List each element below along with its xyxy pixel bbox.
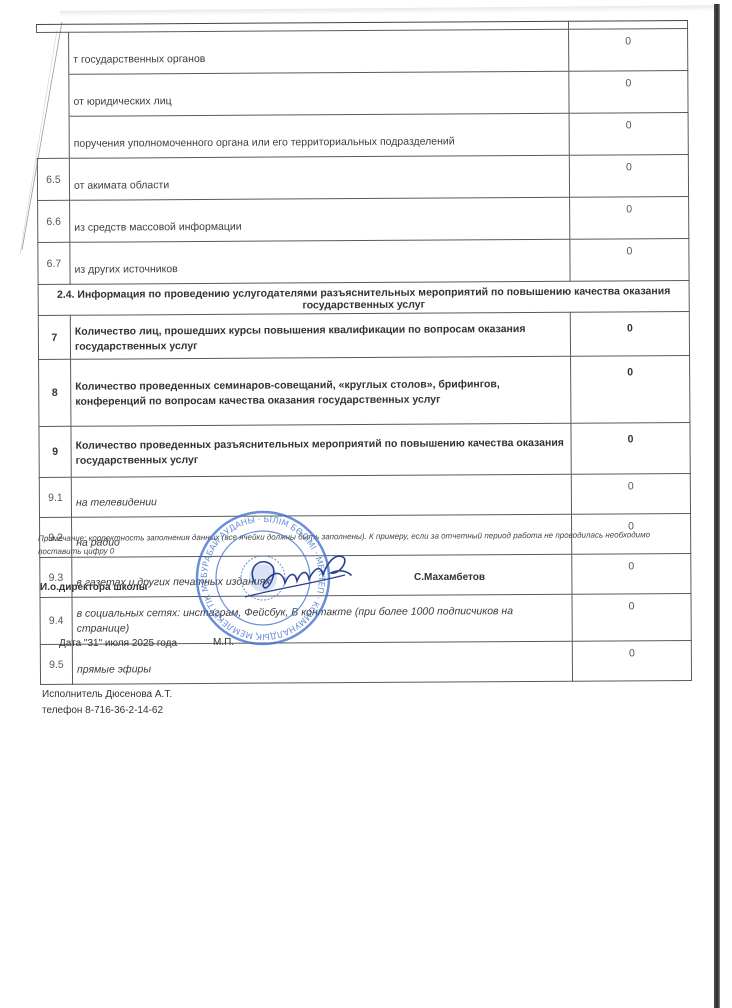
row-value: 0 [570,239,689,282]
row-value: 0 [571,356,690,424]
row-number: 8 [39,359,71,426]
row-description: от акимата области [69,155,569,200]
row-description: поручения уполномоченного органа или его… [69,113,569,158]
scanner-edge-strip [714,4,720,1008]
table-row: 6.7из других источников0 [38,239,689,285]
row-description: Количество лиц, прошедших курсы повышени… [70,312,570,359]
executor-phone: телефон 8-716-36-2-14-62 [42,703,172,719]
table-row: 8Количество проведенных семинаров-совеща… [39,356,690,427]
row-value: 0 [569,29,688,72]
table-row: 9.1на телевидении0 [39,474,690,518]
section-header-row: 2.4. Информация по проведению услугодате… [38,281,689,316]
row-number: 9.5 [40,644,72,684]
row-number: 6.7 [38,242,70,284]
row-number: 6.6 [38,200,70,242]
row-value: 0 [570,312,689,357]
row-value: 0 [572,641,691,682]
signer-title: И.о.директора школы [40,582,147,593]
row-value: 0 [572,594,691,642]
table-row: 6.6из средств массовой информации0 [38,197,689,243]
row-value: 0 [569,155,688,198]
signer-name: С.Махамбетов [414,572,485,583]
row-number: 6.5 [37,158,69,200]
table-row: 7Количество лиц, прошедших курсы повышен… [38,312,689,360]
row-value: 0 [571,423,690,475]
row-number [37,32,69,74]
date-line: Дата "31" июля 2025 года [59,638,177,649]
row-description: Количество проведенных семинаров-совещан… [71,356,571,426]
row-value: 0 [570,197,689,240]
row-description: от юридических лиц [69,71,569,116]
row-value: 0 [572,554,691,595]
row-description: т государственных органов [69,29,569,74]
row-description: Количество проведенных разъяснительных м… [71,423,571,477]
table-row: т государственных органов0 [37,29,688,75]
executor-name: Исполнитель Дюсенова А.Т. [42,687,172,703]
row-number: 9.1 [39,477,71,517]
row-number: 9 [39,426,71,477]
scan-shadow [60,5,720,17]
section-title: 2.4. Информация по проведению услугодате… [38,281,689,316]
table-row: 6.5от акимата области0 [37,155,688,201]
table-row: 9.4в социальных сетях: инстаграм, Фейсбу… [40,594,691,645]
table-row: поручения уполномоченного органа или его… [37,113,688,159]
row-value: 0 [569,71,688,114]
row-value: 0 [571,474,690,515]
table-row: 9Количество проведенных разъяснительных … [39,423,690,478]
executor-block: Исполнитель Дюсенова А.Т. телефон 8-716-… [42,687,172,719]
signature-icon [235,545,355,605]
note-text: Примечание: корректность заполнения данн… [38,528,678,558]
row-number [37,74,69,116]
row-number [37,116,69,158]
row-number: 7 [38,315,70,359]
table-row: от юридических лиц0 [37,71,688,117]
row-value: 0 [569,113,688,156]
row-description: из средств массовой информации [70,197,570,242]
row-description: из других источников [70,239,570,284]
